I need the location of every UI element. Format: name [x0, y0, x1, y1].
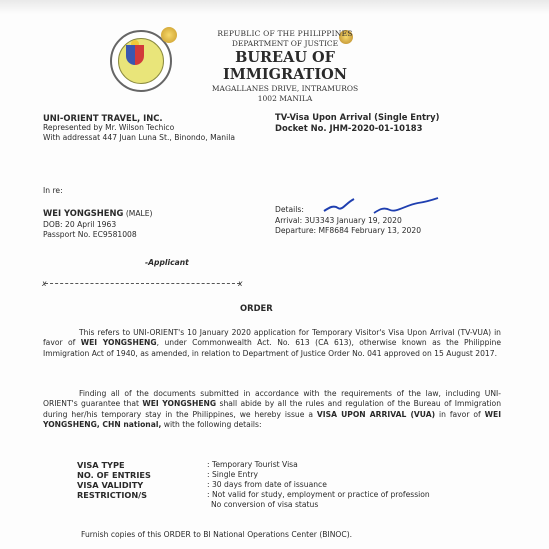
arrival-detail: Arrival: 3U3343 January 19, 2020 — [275, 216, 421, 227]
visa-detail-key: RESTRICTION/S — [77, 490, 207, 500]
visa-detail-key: VISA VALIDITY — [77, 480, 207, 490]
letterhead-city: 1002 MANILA — [180, 94, 390, 103]
petitioner-name: UNI-ORIENT TRAVEL, INC. — [43, 113, 235, 123]
letterhead: REPUBLIC OF THE PHILIPPINES DEPARTMENT O… — [180, 29, 390, 103]
departure-detail: Departure: MF8684 February 13, 2020 — [275, 226, 421, 237]
case-type: TV-Visa Upon Arrival (Single Entry) — [275, 112, 439, 123]
visa-detail-value: : Temporary Tourist Visa — [207, 460, 298, 470]
letterhead-bureau: BUREAU OF IMMIGRATION — [180, 49, 390, 83]
gold-stamp-icon — [161, 27, 177, 43]
visa-detail-key: VISA TYPE — [77, 460, 207, 470]
docket-number: Docket No. JHM-2020-01-10183 — [275, 123, 439, 134]
visa-detail-row: NO. OF ENTRIES : Single Entry — [77, 470, 430, 480]
divider-end-mark: x — [238, 279, 243, 289]
visa-details-table: VISA TYPE : Temporary Tourist Visa NO. O… — [77, 460, 430, 510]
visa-type-ref: VISA UPON ARRIVAL (VUA) — [317, 410, 435, 419]
visa-detail-row: VISA TYPE : Temporary Tourist Visa — [77, 460, 430, 470]
visa-detail-value: No conversion of visa status — [77, 500, 318, 510]
letterhead-address: MAGALLANES DRIVE, INTRAMUROS — [180, 84, 390, 93]
visa-detail-row-continued: No conversion of visa status — [77, 500, 430, 510]
letterhead-department: DEPARTMENT OF JUSTICE — [180, 39, 390, 48]
applicant-role: -Applicant — [145, 258, 189, 268]
divider-line — [45, 283, 240, 284]
signature-mark-icon — [322, 195, 442, 217]
scan-shadow — [0, 0, 549, 14]
visa-detail-row: RESTRICTION/S : Not valid for study, emp… — [77, 490, 430, 500]
applicant-name: WEI YONGSHENG — [43, 208, 123, 218]
paragraph-findings: Finding all of the documents submitted i… — [43, 389, 501, 431]
petitioner-address: With addressat 447 Juan Luna St., Binond… — [43, 133, 235, 143]
seal-shield-icon — [126, 45, 144, 65]
visa-detail-row: VISA VALIDITY : 30 days from date of iss… — [77, 480, 430, 490]
visa-detail-value: : 30 days from date of issuance — [207, 480, 327, 490]
applicant-passport: Passport No. EC9581008 — [43, 230, 153, 241]
document-page: REPUBLIC OF THE PHILIPPINES DEPARTMENT O… — [0, 0, 549, 549]
applicant-name-ref: WEI YONGSHENG — [142, 399, 216, 408]
applicant-dob: DOB: 20 April 1963 — [43, 220, 153, 231]
petitioner-block: UNI-ORIENT TRAVEL, INC. Represented by M… — [43, 113, 235, 143]
applicant-name-ref: WEI YONGSHENG — [81, 338, 157, 347]
visa-detail-value: : Single Entry — [207, 470, 258, 480]
furnish-instruction: Furnish copies of this ORDER to BI Natio… — [81, 530, 352, 540]
visa-detail-value: : Not valid for study, employment or pra… — [207, 490, 430, 500]
order-title: ORDER — [240, 303, 273, 313]
visa-detail-key: NO. OF ENTRIES — [77, 470, 207, 480]
divider-start-mark: x — [42, 279, 47, 289]
applicant-block: WEI YONGSHENG (MALE) DOB: 20 April 1963 … — [43, 208, 153, 241]
paragraph-application: This refers to UNI-ORIENT's 10 January 2… — [43, 328, 501, 359]
in-re-label: In re: — [43, 186, 63, 196]
case-reference: TV-Visa Upon Arrival (Single Entry) Dock… — [275, 112, 439, 134]
letterhead-republic: REPUBLIC OF THE PHILIPPINES — [180, 29, 390, 38]
applicant-sex: (MALE) — [123, 209, 152, 218]
petitioner-representative: Represented by Mr. Wilson Techico — [43, 123, 235, 133]
